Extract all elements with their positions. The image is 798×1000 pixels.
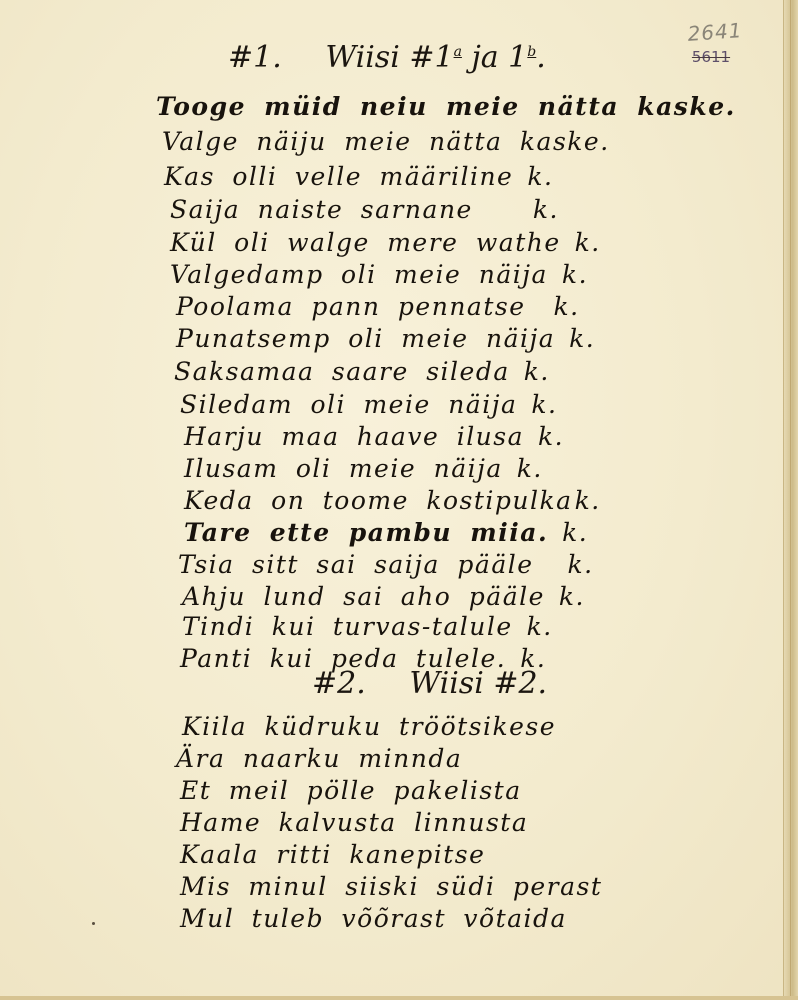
song-line: Tare ette pambu miia.k. xyxy=(184,518,588,547)
line-text: Et meil pölle pakelista xyxy=(180,776,522,805)
line-text: Siledam oli meie näija xyxy=(180,390,517,419)
line-text: Ilusam oli meie näija xyxy=(184,454,503,483)
song-line: Ahju lund sai aho päälek. xyxy=(182,582,585,611)
refrain-mark: k. xyxy=(568,550,594,579)
refrain-mark: k. xyxy=(517,454,543,483)
song-1-title-sup-a: a xyxy=(454,44,462,60)
song-line: Kas olli velle määrilinek. xyxy=(164,162,553,191)
song-line: Siledam oli meie näijak. xyxy=(180,390,557,419)
song-line: Tindi kui turvas-talulek. xyxy=(182,612,553,641)
refrain-mark: k. xyxy=(562,518,588,547)
song-line: Saija naiste sarnanek. xyxy=(170,195,559,224)
song-line: Kül oli walge mere wathek. xyxy=(170,228,601,257)
line-text: Tooge müid neiu meie nätta kaske. xyxy=(156,92,736,121)
refrain-mark: k. xyxy=(554,292,580,321)
song-line: Ära naarku minnda xyxy=(176,744,462,773)
song-line: Mis minul siiski südi perast xyxy=(180,872,602,901)
refrain-mark: k. xyxy=(562,260,588,289)
line-text: Valgedamp oli meie näija xyxy=(170,260,548,289)
song-2-title: Wiisi #2. xyxy=(409,666,547,701)
refrain-mark: k. xyxy=(575,228,601,257)
line-text: Saija naiste sarnane xyxy=(170,195,473,224)
song-1-title-prefix: Wiisi #1 xyxy=(325,40,453,75)
song-line: Kaala ritti kanepitse xyxy=(180,840,485,869)
song-line: Poolama pann pennatsek. xyxy=(176,292,580,321)
line-text: Valge näiju meie nätta kaske. xyxy=(162,127,610,156)
line-text: Saksamaa saare sileda xyxy=(174,357,510,386)
line-text: Kas olli velle määriline xyxy=(164,162,513,191)
song-line: Tsia sitt sai saija päälek. xyxy=(178,550,594,579)
refrain-mark: k. xyxy=(531,390,557,419)
catalog-number-current: 2641 xyxy=(679,18,751,47)
line-text: Harju maa haave ilusa xyxy=(184,422,524,451)
song-line: Et meil pölle pakelista xyxy=(180,776,522,805)
song-line: Keda on toome kostipulkak. xyxy=(184,486,601,515)
line-text: Kaala ritti kanepitse xyxy=(180,840,485,869)
song-line: Valge näiju meie nätta kaske. xyxy=(162,127,610,156)
manuscript-page: 2641 5611 #1. Wiisi #1a ja 1b. Tooge müi… xyxy=(0,0,798,1000)
line-text: Ära naarku minnda xyxy=(176,744,462,773)
refrain-mark: k. xyxy=(569,324,595,353)
song-line: Kiila küdruku tröötsikese xyxy=(182,712,556,741)
song-2-number: #2. xyxy=(312,666,366,701)
song-line: Saksamaa saare siledak. xyxy=(174,357,550,386)
line-text: Mul tuleb võõrast võtaida xyxy=(180,904,567,933)
song-1-title-suffix: . xyxy=(536,40,546,75)
song-line: Punatsemp oli meie näijak. xyxy=(176,324,595,353)
song-line: Harju maa haave ilusak. xyxy=(184,422,564,451)
line-text: Tsia sitt sai saija pääle xyxy=(178,550,534,579)
song-line: Tooge müid neiu meie nätta kaske. xyxy=(156,92,736,121)
page-edge-bottom xyxy=(0,996,798,1000)
refrain-mark: k. xyxy=(527,162,553,191)
song-line: Valgedamp oli meie näijak. xyxy=(170,260,588,289)
line-text: Ahju lund sai aho pääle xyxy=(182,582,545,611)
page-edge-right xyxy=(783,0,798,1000)
catalog-number: 2641 5611 xyxy=(680,20,750,66)
refrain-mark: k. xyxy=(533,195,559,224)
line-text: Hame kalvusta linnusta xyxy=(180,808,528,837)
line-text: Kiila küdruku tröötsikese xyxy=(182,712,556,741)
line-text: Tindi kui turvas-talule xyxy=(182,612,513,641)
line-text: Poolama pann pennatse xyxy=(176,292,526,321)
song-1-title-sup-b: b xyxy=(527,44,536,60)
song-line: Hame kalvusta linnusta xyxy=(180,808,528,837)
line-text: Tare ette pambu miia. xyxy=(184,518,548,547)
song-2-heading: #2. Wiisi #2. xyxy=(312,666,547,701)
song-line: Mul tuleb võõrast võtaida xyxy=(180,904,567,933)
refrain-mark: k. xyxy=(538,422,564,451)
line-text: Mis minul siiski südi perast xyxy=(180,872,602,901)
refrain-mark: k. xyxy=(524,357,550,386)
song-1-number: #1. xyxy=(228,40,282,75)
ink-speck xyxy=(92,922,95,925)
line-text: Kül oli walge mere wathe xyxy=(170,228,561,257)
line-text: Punatsemp oli meie näija xyxy=(176,324,555,353)
refrain-mark: k. xyxy=(559,582,585,611)
refrain-mark: k. xyxy=(575,486,601,515)
catalog-number-old-struck: 5611 xyxy=(672,48,750,66)
song-1-heading: #1. Wiisi #1a ja 1b. xyxy=(228,40,546,75)
song-1-title-mid: ja 1 xyxy=(462,40,527,75)
line-text: Keda on toome kostipulka xyxy=(184,486,573,515)
song-line: Ilusam oli meie näijak. xyxy=(184,454,543,483)
refrain-mark: k. xyxy=(527,612,553,641)
